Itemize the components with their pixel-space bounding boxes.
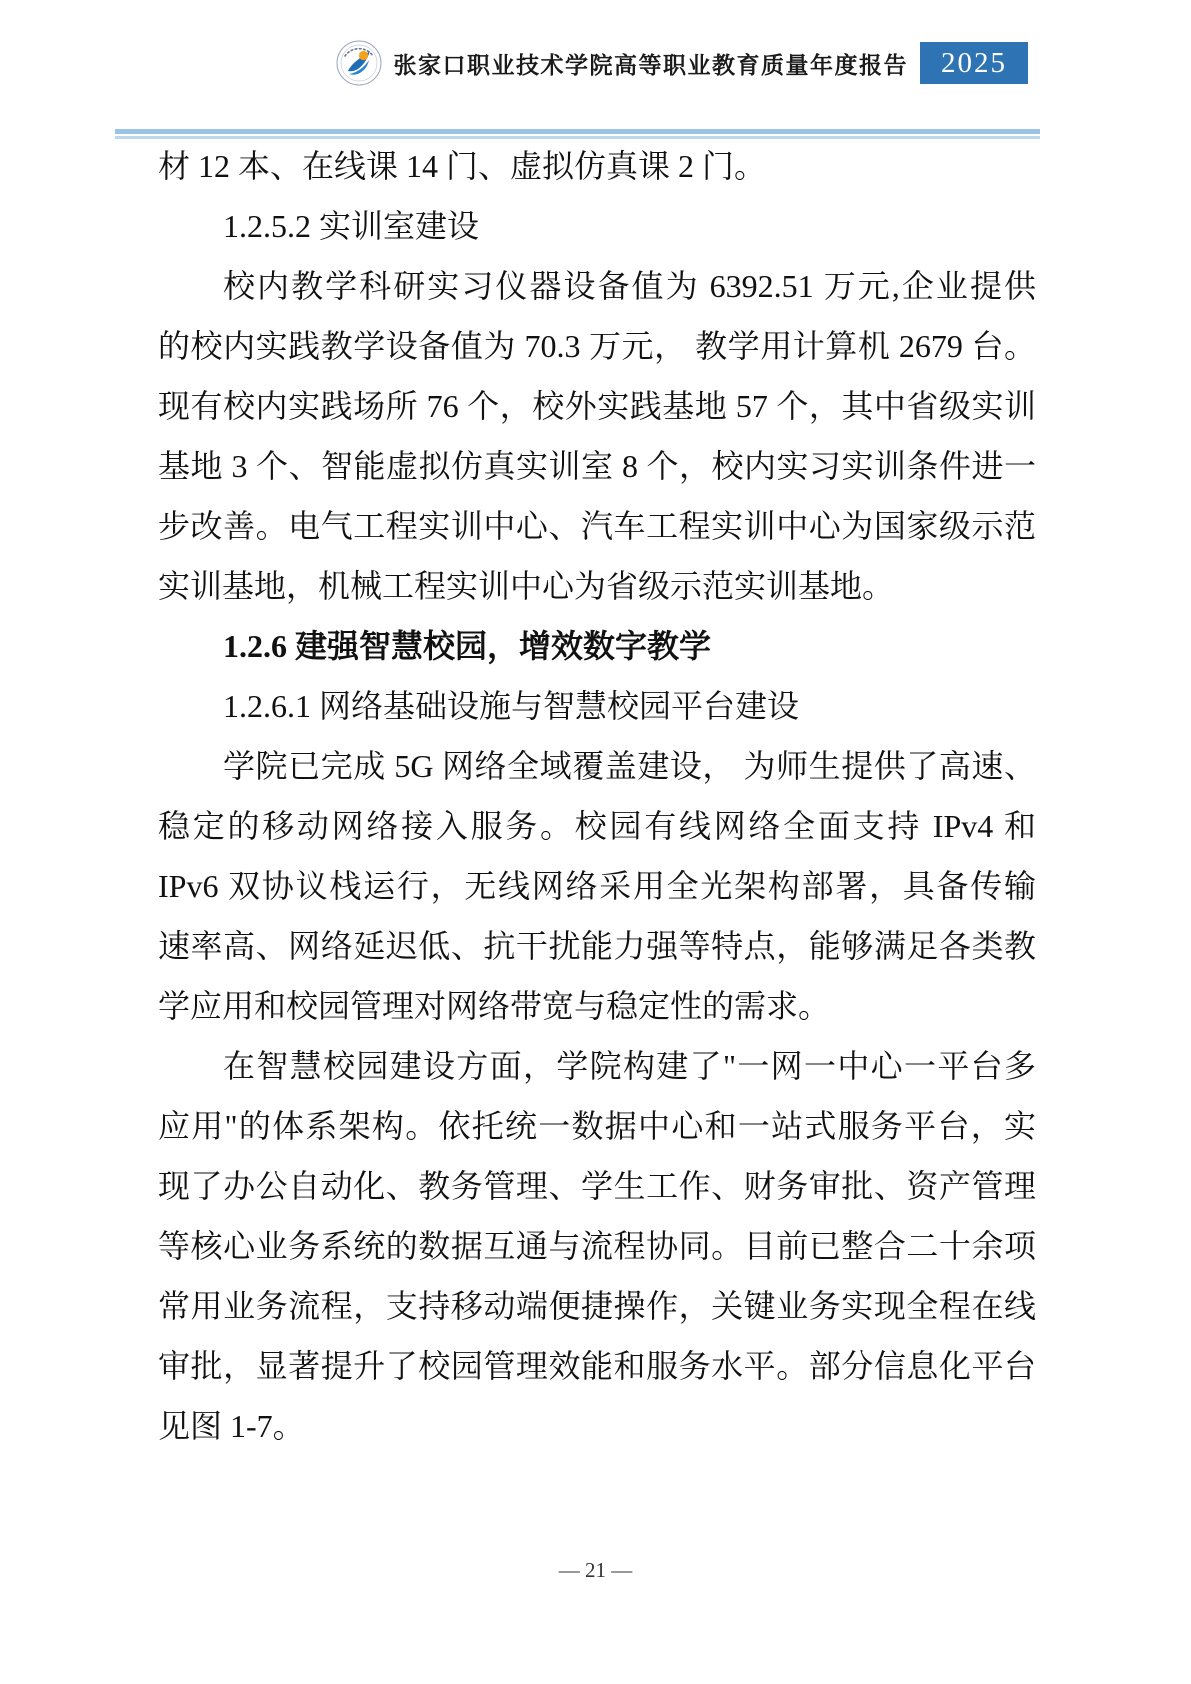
text-line: 等核心业务系统的数据互通与流程协同。目前已整合二十余项	[158, 1216, 1036, 1276]
text-line: 1.2.6.1 网络基础设施与智慧校园平台建设	[158, 676, 1036, 736]
page-footer: — 21 —	[0, 1558, 1191, 1583]
header-row: 张家口职业技术学院高等职业教育质量年度报告 2025	[0, 0, 1191, 126]
text-line: 审批，显著提升了校园管理效能和服务水平。部分信息化平台	[158, 1336, 1036, 1396]
text-line: 应用"的体系架构。依托统一数据中心和一站式服务平台，实	[158, 1096, 1036, 1156]
text-line: 现有校内实践场所 76 个，校外实践基地 57 个，其中省级实训	[158, 376, 1036, 436]
document-body: 材 12 本、在线课 14 门、虚拟仿真课 2 门。1.2.5.2 实训室建设校…	[158, 136, 1036, 1456]
text-line: 的校内实践教学设备值为 70.3 万元， 教学用计算机 2679 台。	[158, 316, 1036, 376]
text-line: 学应用和校园管理对网络带宽与稳定性的需求。	[158, 976, 1036, 1036]
page-number: — 21 —	[559, 1558, 633, 1582]
year-badge: 2025	[920, 42, 1028, 84]
text-line: 材 12 本、在线课 14 门、虚拟仿真课 2 门。	[158, 136, 1036, 196]
text-line: 现了办公自动化、教务管理、学生工作、财务审批、资产管理	[158, 1156, 1036, 1216]
header-rule-top	[115, 129, 1040, 134]
text-line: 速率高、网络延迟低、抗干扰能力强等特点，能够满足各类教	[158, 916, 1036, 976]
text-line: 在智慧校园建设方面，学院构建了"一网一中心一平台多	[158, 1036, 1036, 1096]
report-page: 张家口职业技术学院高等职业教育质量年度报告 2025 材 12 本、在线课 14…	[0, 0, 1191, 1684]
text-line: 1.2.5.2 实训室建设	[158, 196, 1036, 256]
text-line: 稳定的移动网络接入服务。校园有线网络全面支持 IPv4 和	[158, 796, 1036, 856]
text-line: 实训基地，机械工程实训中心为省级示范实训基地。	[158, 556, 1036, 616]
header-title: 张家口职业技术学院高等职业教育质量年度报告	[394, 47, 909, 80]
text-line: 学院已完成 5G 网络全域覆盖建设， 为师生提供了高速、	[158, 736, 1036, 796]
text-line: 见图 1-7。	[158, 1396, 1036, 1456]
text-line: 校内教学科研实习仪器设备值为 6392.51 万元,企业提供	[158, 256, 1036, 316]
page-header: 张家口职业技术学院高等职业教育质量年度报告 2025	[0, 0, 1191, 126]
text-line: 常用业务流程，支持移动端便捷操作，关键业务实现全程在线	[158, 1276, 1036, 1336]
text-line: 1.2.6 建强智慧校园，增效数字教学	[158, 616, 1036, 676]
text-line: 步改善。电气工程实训中心、汽车工程实训中心为国家级示范	[158, 496, 1036, 556]
college-seal-icon	[336, 40, 382, 86]
text-line: 基地 3 个、智能虚拟仿真实训室 8 个，校内实习实训条件进一	[158, 436, 1036, 496]
text-line: IPv6 双协议栈运行，无线网络采用全光架构部署，具备传输	[158, 856, 1036, 916]
